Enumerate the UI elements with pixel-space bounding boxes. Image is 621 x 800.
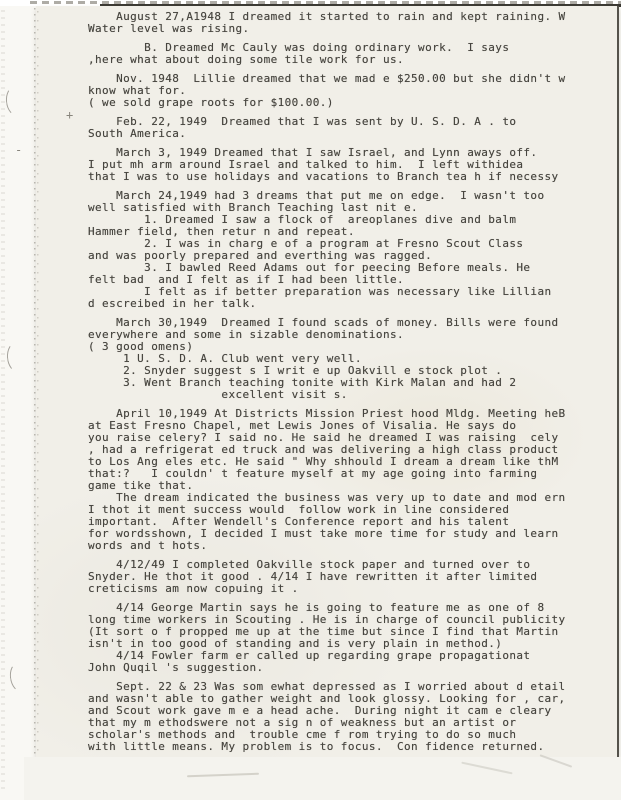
pencil-mark: +: [66, 108, 73, 122]
paragraph: 4/12/49 I completed Oakville stock paper…: [88, 559, 593, 595]
typed-text: August 27,A1948 I dreamed it started to …: [88, 11, 593, 753]
paragraph: April 10,1949 At Districts Mission Pries…: [88, 408, 593, 552]
scanner-edge-noise: [1, 10, 5, 790]
paragraph: August 27,A1948 I dreamed it started to …: [88, 11, 593, 35]
paragraph: March 3, 1949 Dreamed that I saw Israel,…: [88, 147, 593, 183]
paragraph: Sept. 22 & 23 Was som ewhat depressed as…: [88, 681, 593, 753]
scratch-mark: [461, 762, 512, 774]
paragraph: Feb. 22, 1949 Dreamed that I was sent by…: [88, 116, 593, 140]
scratch-mark: [540, 754, 572, 767]
scratch-mark: [187, 773, 259, 778]
paragraph: March 30,1949 Dreamed I found scads of m…: [88, 317, 593, 401]
lower-sheet: [24, 757, 621, 800]
pencil-mark: -: [15, 143, 22, 157]
paragraph: March 24,1949 had 3 dreams that put me o…: [88, 190, 593, 310]
punch-mark: [8, 661, 32, 693]
punch-mark: [4, 85, 27, 117]
paragraph: Nov. 1948 Lillie dreamed that we mad e $…: [88, 73, 593, 109]
scanned-page: pefoeq ypsnojusun eya sw aloe bubonou t …: [0, 0, 621, 800]
perforation-edge: [33, 8, 39, 754]
punch-mark: [6, 341, 28, 372]
paper-sheet: August 27,A1948 I dreamed it started to …: [36, 6, 619, 757]
paragraph: 4/14 George Martin says he is going to f…: [88, 602, 593, 674]
paragraph: B. Dreamed Mc Cauly was doing ordinary w…: [88, 42, 593, 66]
